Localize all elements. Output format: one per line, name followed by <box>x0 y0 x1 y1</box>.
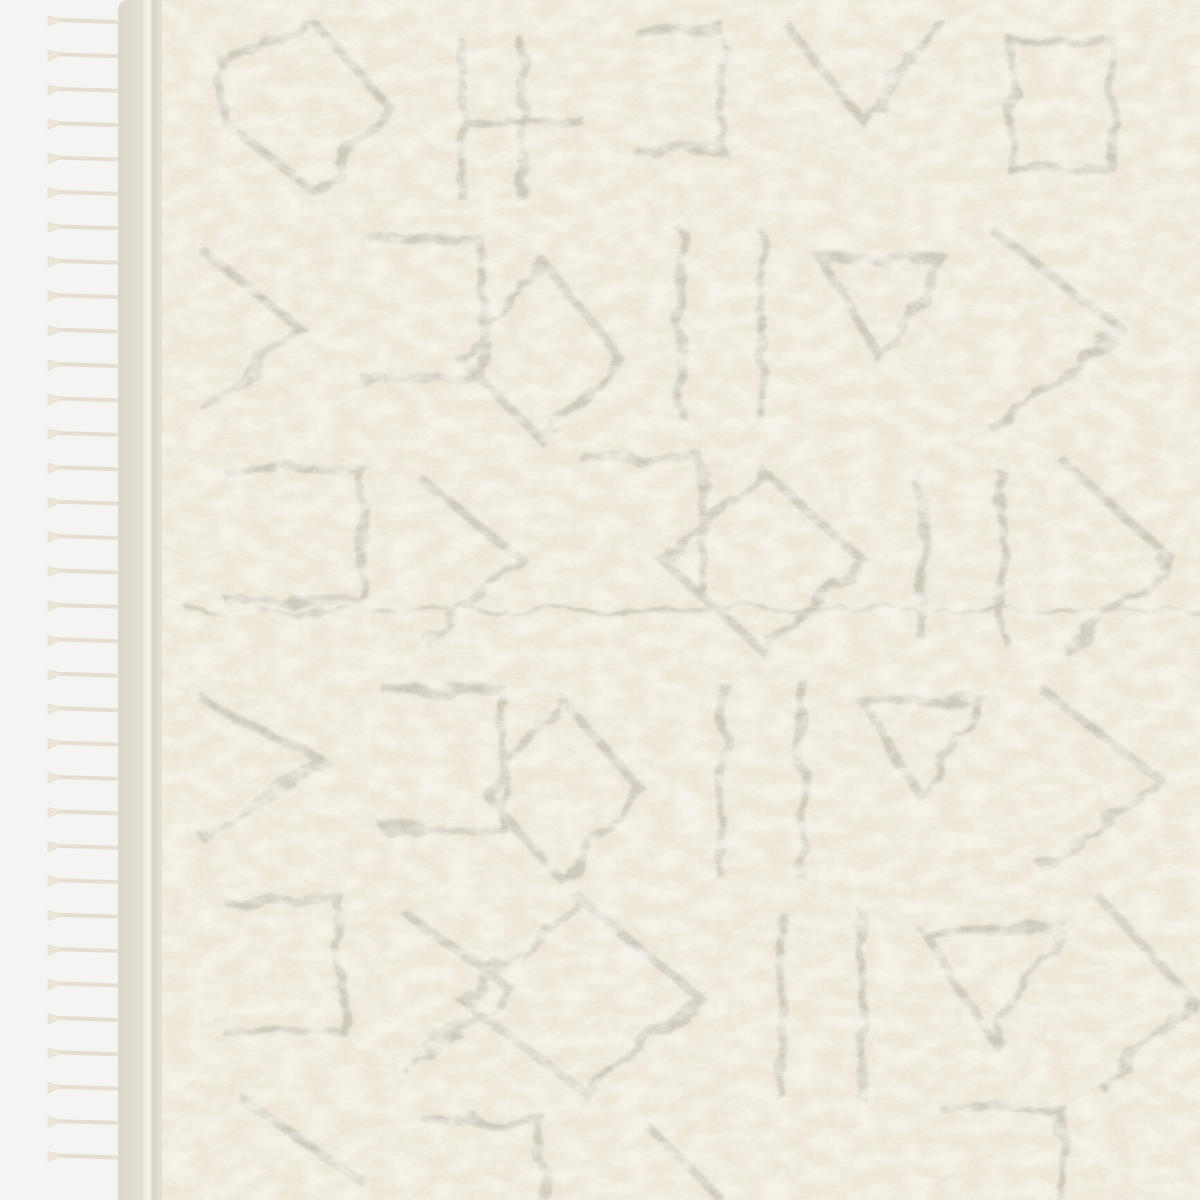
rug-shag-pile <box>162 0 1200 1200</box>
rug-fringe <box>44 0 124 1200</box>
pile-pattern <box>162 0 1200 1200</box>
rug <box>118 0 1200 1200</box>
rug-kilim-border <box>118 0 162 1200</box>
product-photo <box>0 0 1200 1200</box>
